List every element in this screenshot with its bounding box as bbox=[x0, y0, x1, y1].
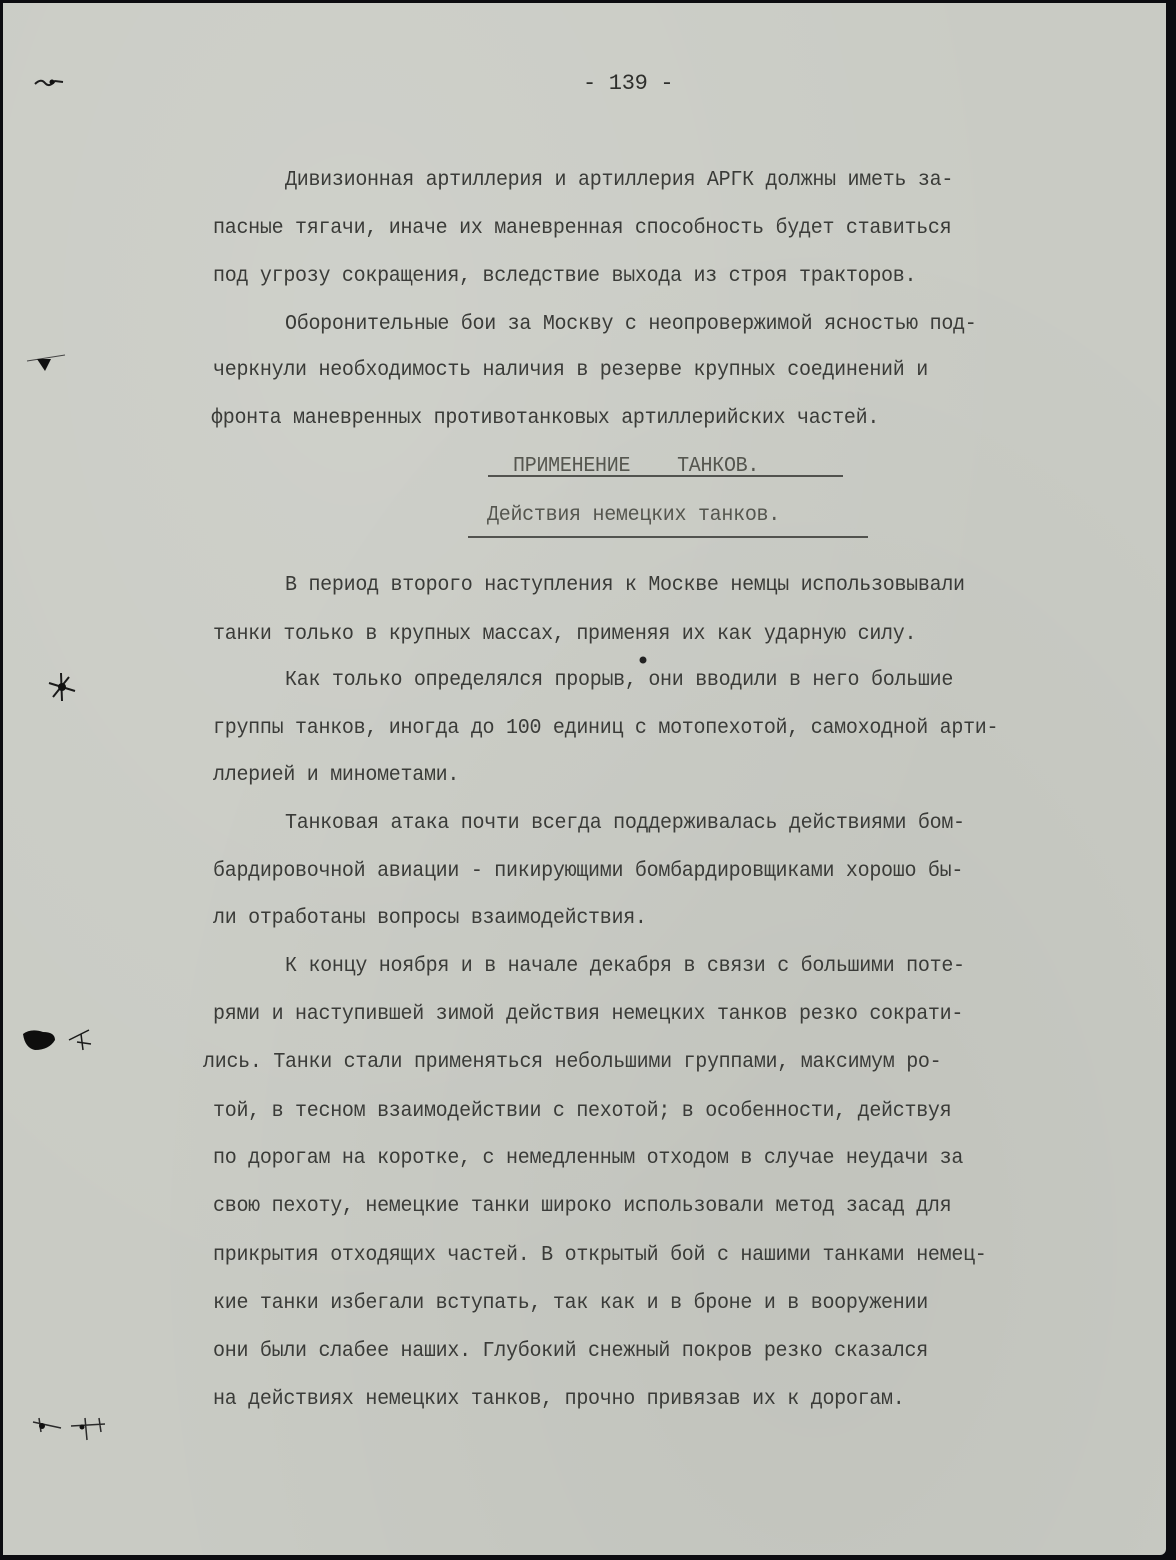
text-line: кие танки избегали вступать, так как и в… bbox=[213, 1291, 928, 1315]
punch-hole-mark bbox=[21, 1026, 91, 1056]
text-line: Оборонительные бои за Москву с неопровер… bbox=[285, 312, 976, 336]
punch-hole-mark bbox=[27, 1408, 107, 1444]
text-line: ли отработаны вопросы взаимодействия. bbox=[213, 906, 647, 930]
text-line: рями и наступившей зимой действия немецк… bbox=[213, 1002, 963, 1026]
text-line: танки только в крупных массах, применяя … bbox=[213, 622, 916, 646]
ink-dot-mark bbox=[639, 656, 647, 664]
text-line: лись. Танки стали применяться небольшими… bbox=[203, 1050, 941, 1074]
text-line: они были слабее наших. Глубокий снежный … bbox=[213, 1339, 928, 1363]
text-line: В период второго наступления к Москве не… bbox=[285, 573, 965, 597]
text-line: черкнули необходимость наличия в резерве… bbox=[213, 358, 928, 382]
page-number: - 139 - bbox=[583, 71, 673, 96]
text-line: К концу ноября и в начале декабря в связ… bbox=[285, 954, 965, 978]
punch-hole-mark bbox=[25, 353, 69, 377]
text-line: ллерией и минометами. bbox=[213, 763, 459, 787]
text-line: на действиях немецких танков, прочно при… bbox=[213, 1387, 904, 1411]
text-line: группы танков, иногда до 100 единиц с мо… bbox=[213, 716, 998, 740]
text-line: фронта маневренных противотанковых артил… bbox=[211, 406, 879, 430]
section-heading-underline bbox=[488, 475, 843, 477]
subsection-heading-underline bbox=[468, 536, 868, 538]
text-line: прикрытия отходящих частей. В открытый б… bbox=[213, 1243, 987, 1267]
text-line: Танковая атака почти всегда поддерживала… bbox=[285, 811, 965, 835]
text-line: бардировочной авиации - пикирующими бомб… bbox=[213, 859, 963, 883]
text-line: пасные тягачи, иначе их маневренная спос… bbox=[213, 216, 951, 240]
text-line: свою пехоту, немецкие танки широко испол… bbox=[213, 1194, 951, 1218]
text-line: Дивизионная артиллерия и артиллерия АРГК… bbox=[285, 168, 953, 192]
subsection-heading: Действия немецких танков. bbox=[487, 503, 780, 527]
punch-hole-mark bbox=[45, 671, 79, 705]
text-line: по дорогам на коротке, с немедленным отх… bbox=[213, 1146, 963, 1170]
document-page: - 139 - Дивизионная артиллерия и артилле… bbox=[3, 3, 1166, 1555]
text-line: под угрозу сокращения, вследствие выхода… bbox=[213, 264, 916, 288]
text-line: Как только определялся прорыв, они вводи… bbox=[285, 668, 953, 692]
punch-hole-mark bbox=[33, 75, 65, 89]
text-line: той, в тесном взаимодействии с пехотой; … bbox=[213, 1099, 951, 1123]
